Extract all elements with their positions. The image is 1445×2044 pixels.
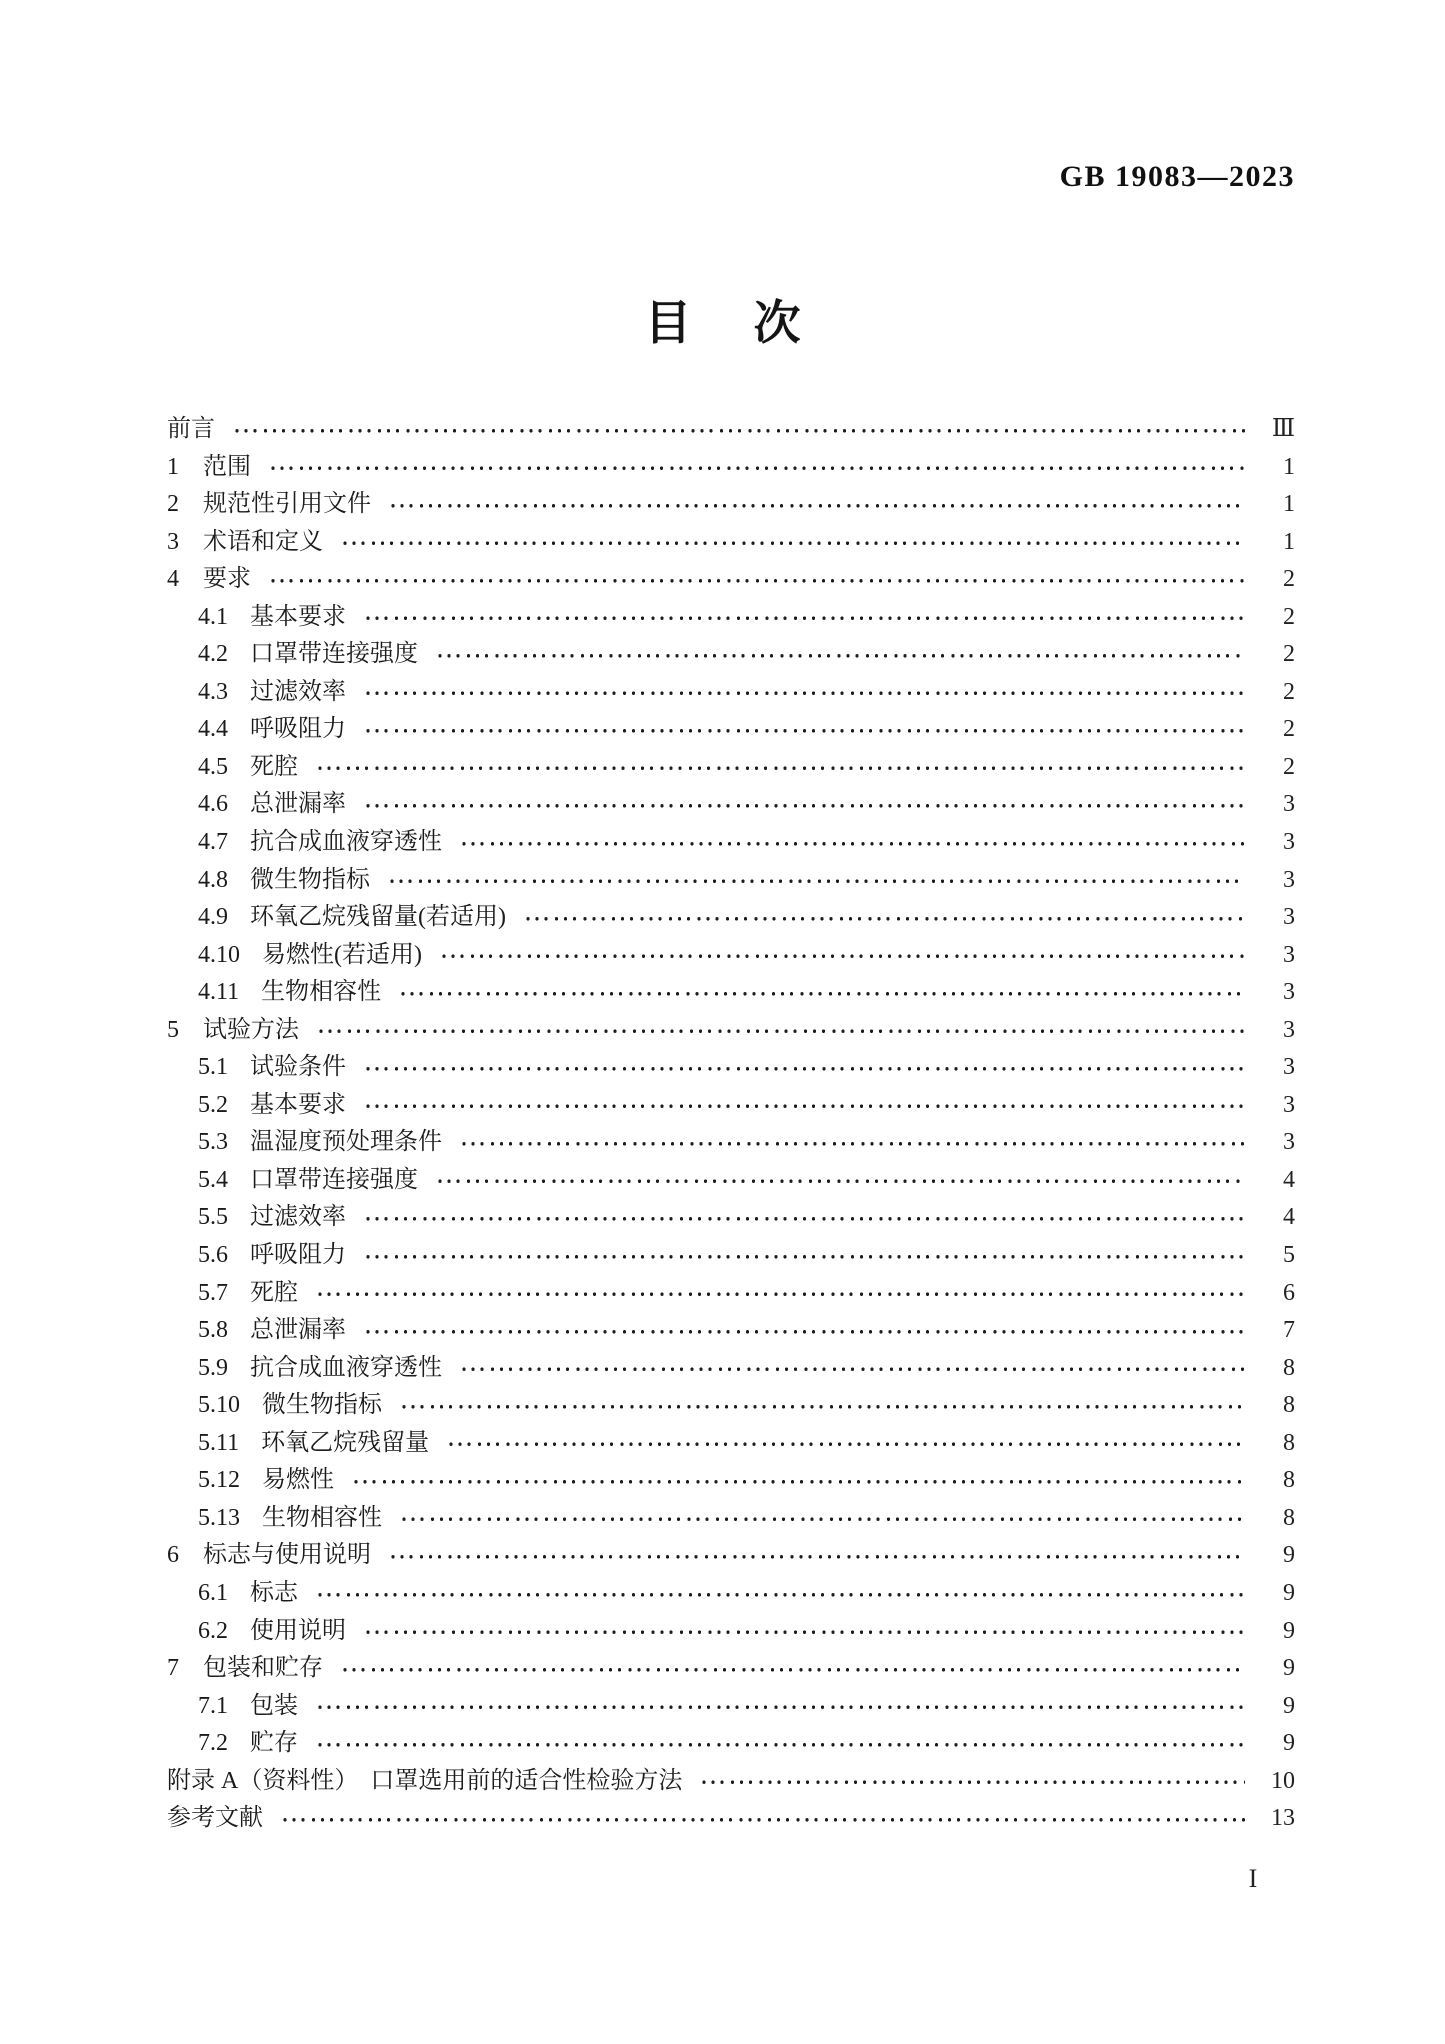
dot-leader (269, 561, 1245, 599)
toc-entry-page: 3 (1257, 937, 1295, 975)
toc-entry-page: 9 (1257, 1725, 1295, 1763)
toc-entry: 5.8总泄漏率7 (167, 1312, 1295, 1350)
toc-entry-title: 过滤效率 (250, 1199, 346, 1237)
toc-entry: 4.1基本要求2 (167, 599, 1295, 637)
toc-entry-number: 6 (167, 1537, 179, 1575)
toc-entry-title: 微生物指标 (250, 862, 370, 900)
toc-entry: 4.10易燃性(若适用)3 (167, 937, 1295, 975)
toc-entry-page: 8 (1257, 1387, 1295, 1425)
dot-leader (364, 1049, 1245, 1087)
toc-entry-page: 1 (1257, 524, 1295, 562)
dot-leader (281, 1800, 1245, 1838)
dot-leader (460, 824, 1245, 862)
toc-entry: 5.12易燃性8 (167, 1462, 1295, 1500)
dot-leader (400, 1387, 1245, 1425)
dot-leader (388, 862, 1245, 900)
toc-entry-title: 包装 (250, 1688, 298, 1726)
toc-entry: 5.5过滤效率4 (167, 1199, 1295, 1237)
toc-entry-page: 1 (1257, 449, 1295, 487)
toc-entry-title: 试验条件 (250, 1049, 346, 1087)
dot-leader (440, 937, 1245, 975)
toc-entry-number: 4.7 (198, 824, 228, 862)
toc-entry-number: 3 (167, 524, 179, 562)
dot-leader (436, 636, 1245, 674)
toc-entry-page: 13 (1257, 1800, 1295, 1838)
page-title-char-1: 目 (645, 286, 692, 353)
dot-leader (364, 1237, 1245, 1275)
dot-leader (316, 749, 1245, 787)
toc-entry-page: 2 (1257, 561, 1295, 599)
toc-entry: 3术语和定义1 (167, 524, 1295, 562)
dot-leader (316, 1688, 1245, 1726)
toc-entry-number: 5.6 (198, 1237, 228, 1275)
toc-entry: 5.9抗合成血液穿透性8 (167, 1350, 1295, 1388)
toc-entry-number: 4.9 (198, 899, 228, 937)
dot-leader (316, 1275, 1245, 1313)
toc-entry: 7包装和贮存9 (167, 1650, 1295, 1688)
toc-entry: 4.4呼吸阻力2 (167, 711, 1295, 749)
toc-entry-page: 8 (1257, 1350, 1295, 1388)
toc-entry-page: 3 (1257, 974, 1295, 1012)
toc-entry-title: 抗合成血液穿透性 (250, 824, 442, 862)
toc-entry: 4要求2 (167, 561, 1295, 599)
toc-entry-page: 7 (1257, 1312, 1295, 1350)
toc-entry-title: 术语和定义 (203, 524, 323, 562)
dot-leader (399, 974, 1245, 1012)
dot-leader (269, 449, 1245, 487)
toc-entry-page: 2 (1257, 711, 1295, 749)
toc-entry-title: 死腔 (250, 1275, 298, 1313)
toc-entry-title: 前言 (167, 411, 215, 449)
toc-entry-title: 总泄漏率 (250, 786, 346, 824)
dot-leader (364, 1312, 1245, 1350)
toc-entry-page: 9 (1257, 1575, 1295, 1613)
toc-entry-number: 5.13 (198, 1500, 240, 1538)
toc-entry-title: 过滤效率 (250, 674, 346, 712)
page-title: 目次 (0, 286, 1445, 353)
toc-entry-number: 4.6 (198, 786, 228, 824)
toc-entry: 1范围1 (167, 449, 1295, 487)
toc-entry-number: 6.1 (198, 1575, 228, 1613)
toc-entry: 5.1试验条件3 (167, 1049, 1295, 1087)
toc-entry-title: 基本要求 (250, 599, 346, 637)
toc-entry-number: 4 (167, 561, 179, 599)
toc-entry: 前言Ⅲ (167, 411, 1295, 449)
toc-entry: 5.4口罩带连接强度4 (167, 1162, 1295, 1200)
toc-entry-title: 呼吸阻力 (250, 711, 346, 749)
dot-leader (436, 1162, 1245, 1200)
dot-leader (460, 1124, 1245, 1162)
toc-entry: 5.3温湿度预处理条件3 (167, 1124, 1295, 1162)
dot-leader (341, 1650, 1245, 1688)
toc-entry-title: 口罩带连接强度 (250, 636, 418, 674)
toc-entry-number: 4.2 (198, 636, 228, 674)
dot-leader (364, 1087, 1245, 1125)
dot-leader (364, 1613, 1245, 1651)
page-title-char-2: 次 (754, 286, 801, 353)
dot-leader (389, 1537, 1245, 1575)
document-page: GB 19083—2023 目次 前言Ⅲ1范围12规范性引用文件13术语和定义1… (0, 0, 1445, 2044)
toc-entry-page: Ⅲ (1257, 411, 1295, 449)
toc-entry-page: 3 (1257, 1049, 1295, 1087)
toc-entry-page: 2 (1257, 749, 1295, 787)
toc-entry-title: 要求 (203, 561, 251, 599)
dot-leader (389, 486, 1245, 524)
toc-entry-page: 4 (1257, 1199, 1295, 1237)
toc-entry: 4.6总泄漏率3 (167, 786, 1295, 824)
dot-leader (364, 674, 1245, 712)
footer-page-number: I (1238, 1864, 1268, 1894)
toc-entry: 6标志与使用说明9 (167, 1537, 1295, 1575)
toc-entry-number: 6.2 (198, 1613, 228, 1651)
toc-entry-number: 5.7 (198, 1275, 228, 1313)
toc-entry-title: 环氧乙烷残留量(若适用) (250, 899, 506, 937)
toc-entry-title: 总泄漏率 (250, 1312, 346, 1350)
toc-entry-number: 5.10 (198, 1387, 240, 1425)
toc-entry: 5.11环氧乙烷残留量8 (167, 1425, 1295, 1463)
toc-entry-number: 4.8 (198, 862, 228, 900)
toc-entry: 5.7死腔6 (167, 1275, 1295, 1313)
toc-entry-page: 5 (1257, 1237, 1295, 1275)
toc-entry-page: 8 (1257, 1500, 1295, 1538)
dot-leader (364, 711, 1245, 749)
toc-entry: 参考文献13 (167, 1800, 1295, 1838)
toc-entry-page: 3 (1257, 1012, 1295, 1050)
toc-entry-title: 易燃性(若适用) (262, 937, 422, 975)
toc-entry-number: 5.5 (198, 1199, 228, 1237)
toc-entry: 6.1标志9 (167, 1575, 1295, 1613)
dot-leader (364, 1199, 1245, 1237)
toc-entry: 5试验方法3 (167, 1012, 1295, 1050)
toc-entry-page: 2 (1257, 674, 1295, 712)
toc-entry: 4.7抗合成血液穿透性3 (167, 824, 1295, 862)
toc-entry: 附录 A（资料性） 口罩选用前的适合性检验方法10 (167, 1763, 1295, 1801)
toc-entry-title: 呼吸阻力 (250, 1237, 346, 1275)
toc-entry: 4.3过滤效率2 (167, 674, 1295, 712)
toc-entry: 2规范性引用文件1 (167, 486, 1295, 524)
toc-entry-number: 4.10 (198, 937, 240, 975)
toc-entry-title: 生物相容性 (262, 1500, 382, 1538)
toc-entry: 4.5死腔2 (167, 749, 1295, 787)
toc-entry: 7.1包装9 (167, 1688, 1295, 1726)
toc-entry-number: 4.11 (198, 974, 239, 1012)
dot-leader (341, 524, 1245, 562)
toc-entry-number: 5.8 (198, 1312, 228, 1350)
toc-entry-number: 5.11 (198, 1425, 239, 1463)
toc-entry-page: 9 (1257, 1613, 1295, 1651)
toc-entry-number: 5.9 (198, 1350, 228, 1388)
dot-leader (316, 1575, 1245, 1613)
toc-entry-page: 3 (1257, 1124, 1295, 1162)
toc-entry-number: 5.3 (198, 1124, 228, 1162)
toc-entry-title: 抗合成血液穿透性 (250, 1350, 442, 1388)
toc-entry-title: 生物相容性 (261, 974, 381, 1012)
dot-leader (364, 599, 1245, 637)
table-of-contents: 前言Ⅲ1范围12规范性引用文件13术语和定义14要求24.1基本要求24.2口罩… (167, 411, 1295, 1838)
toc-entry-number: 4.5 (198, 749, 228, 787)
toc-entry-number: 5 (167, 1012, 179, 1050)
toc-entry: 5.6呼吸阻力5 (167, 1237, 1295, 1275)
toc-entry-title: 标志与使用说明 (203, 1537, 371, 1575)
toc-entry-page: 3 (1257, 862, 1295, 900)
toc-entry-page: 2 (1257, 636, 1295, 674)
toc-entry: 4.8微生物指标3 (167, 862, 1295, 900)
toc-entry: 6.2使用说明9 (167, 1613, 1295, 1651)
dot-leader (316, 1725, 1245, 1763)
dot-leader (447, 1425, 1245, 1463)
toc-entry-title: 温湿度预处理条件 (250, 1124, 442, 1162)
toc-entry-page: 9 (1257, 1688, 1295, 1726)
dot-leader (524, 899, 1245, 937)
toc-entry-page: 1 (1257, 486, 1295, 524)
toc-entry-number: 5.4 (198, 1162, 228, 1200)
toc-entry-title: 贮存 (250, 1725, 298, 1763)
toc-entry-page: 9 (1257, 1650, 1295, 1688)
dot-leader (233, 411, 1245, 449)
toc-entry-title: 口罩带连接强度 (250, 1162, 418, 1200)
toc-entry-page: 10 (1257, 1763, 1295, 1801)
toc-entry-number: 4.3 (198, 674, 228, 712)
toc-entry-title: 基本要求 (250, 1087, 346, 1125)
toc-entry-title: 死腔 (250, 749, 298, 787)
toc-entry-page: 6 (1257, 1275, 1295, 1313)
toc-entry-page: 3 (1257, 786, 1295, 824)
dot-leader (460, 1350, 1245, 1388)
toc-entry-number: 5.12 (198, 1462, 240, 1500)
toc-entry-number: 7 (167, 1650, 179, 1688)
toc-entry-title: 包装和贮存 (203, 1650, 323, 1688)
dot-leader (400, 1500, 1245, 1538)
toc-entry: 7.2贮存9 (167, 1725, 1295, 1763)
dot-leader (317, 1012, 1245, 1050)
toc-entry: 4.11生物相容性3 (167, 974, 1295, 1012)
toc-entry-page: 9 (1257, 1537, 1295, 1575)
toc-entry-title: 使用说明 (250, 1613, 346, 1651)
toc-entry-page: 3 (1257, 824, 1295, 862)
dot-leader (352, 1462, 1245, 1500)
toc-entry-title: 环氧乙烷残留量 (261, 1425, 429, 1463)
toc-entry-title: 易燃性 (262, 1462, 334, 1500)
toc-entry-number: 7.1 (198, 1688, 228, 1726)
toc-entry-title: 范围 (203, 449, 251, 487)
toc-entry-title: 规范性引用文件 (203, 486, 371, 524)
toc-entry-title: 参考文献 (167, 1800, 263, 1838)
toc-entry-page: 3 (1257, 899, 1295, 937)
toc-entry-page: 8 (1257, 1462, 1295, 1500)
toc-entry-page: 8 (1257, 1425, 1295, 1463)
toc-entry: 5.10微生物指标8 (167, 1387, 1295, 1425)
toc-entry-title: 微生物指标 (262, 1387, 382, 1425)
toc-entry-number: 2 (167, 486, 179, 524)
toc-entry-title: 标志 (250, 1575, 298, 1613)
toc-entry-page: 2 (1257, 599, 1295, 637)
toc-entry-number: 4.1 (198, 599, 228, 637)
toc-entry-page: 3 (1257, 1087, 1295, 1125)
standard-code: GB 19083—2023 (1060, 160, 1295, 194)
toc-entry: 4.9环氧乙烷残留量(若适用)3 (167, 899, 1295, 937)
toc-entry-number: 7.2 (198, 1725, 228, 1763)
toc-entry: 4.2口罩带连接强度2 (167, 636, 1295, 674)
toc-entry-number: 4.4 (198, 711, 228, 749)
toc-entry-number: 5.1 (198, 1049, 228, 1087)
toc-entry-title: 附录 A（资料性） 口罩选用前的适合性检验方法 (167, 1763, 682, 1801)
dot-leader (700, 1763, 1245, 1801)
toc-entry-page: 4 (1257, 1162, 1295, 1200)
toc-entry-number: 1 (167, 449, 179, 487)
toc-entry-number: 5.2 (198, 1087, 228, 1125)
toc-entry-title: 试验方法 (203, 1012, 299, 1050)
toc-entry: 5.2基本要求3 (167, 1087, 1295, 1125)
toc-entry: 5.13生物相容性8 (167, 1500, 1295, 1538)
dot-leader (364, 786, 1245, 824)
